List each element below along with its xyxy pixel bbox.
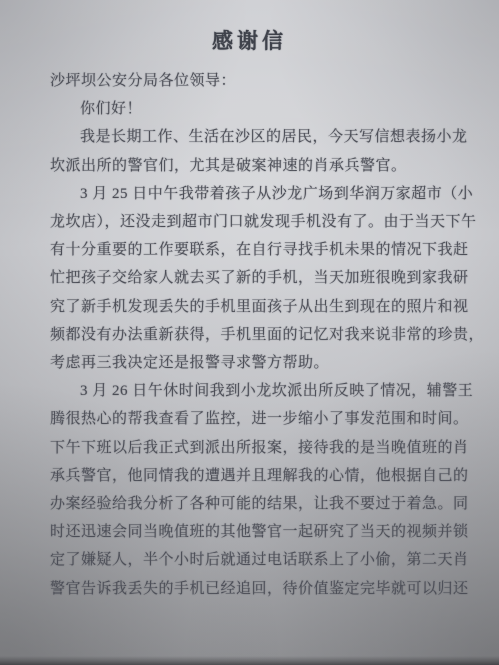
letter-line: 3 月 25 日中午我带着孩子从沙龙广场到华润万家超市（小: [50, 180, 469, 208]
letter-photo: 感谢信 沙坪坝公安分局各位领导：你们好！我是长期工作、生活在沙区的居民，今天写信…: [0, 0, 499, 665]
letter-line: 龙坎店），还没走到超市门口就发现手机没有了。由于当天下午: [50, 208, 469, 236]
letter-line: 究了新手机发现丢失的手机里面孩子从出生到现在的照片和视: [50, 293, 469, 321]
letter-line: 坎派出所的警官们，尤其是破案神速的肖承兵警官。: [50, 152, 469, 180]
letter-line: 3 月 26 日午休时间我到小龙坎派出所反映了情况，辅警王: [50, 377, 469, 405]
letter-line: 有十分重要的工作要联系，在自行寻找手机未果的情况下我赶: [50, 236, 469, 264]
letter-line: 频都没有办法重新获得，手机里面的记忆对我来说非常的珍贵，: [50, 321, 469, 349]
letter-line: 你们好！: [50, 95, 469, 123]
letter-line: 我是长期工作、生活在沙区的居民，今天写信想表扬小龙: [50, 123, 469, 151]
thank-you-letter-page: 感谢信 沙坪坝公安分局各位领导：你们好！我是长期工作、生活在沙区的居民，今天写信…: [0, 0, 499, 665]
letter-line: 考虑再三我决定还是报警寻求警方帮助。: [50, 349, 469, 377]
letter-body: 沙坪坝公安分局各位领导：你们好！我是长期工作、生活在沙区的居民，今天写信想表扬小…: [0, 67, 499, 603]
letter-line: 办案经验给我分析了各种可能的结果，让我不要过于着急。同: [50, 490, 469, 518]
letter-line: 警官告诉我丢失的手机已经追回，待价值鉴定完毕就可以归还: [50, 575, 469, 603]
letter-line: 承兵警官，他同情我的遭遇并且理解我的心情，他根据自己的: [50, 462, 469, 490]
letter-line: 定了嫌疑人，半个小时后就通过电话联系上了小偷，第二天肖: [50, 546, 469, 574]
letter-line: 腾很热心的帮我查看了监控，进一步缩小了事发范围和时间。: [50, 405, 469, 433]
letter-line: 忙把孩子交给家人就去买了新的手机，当天加班很晚到家我研: [50, 264, 469, 292]
letter-line: 沙坪坝公安分局各位领导：: [50, 67, 469, 95]
letter-line: 下午下班以后我正式到派出所报案，接待我的是当晚值班的肖: [50, 434, 469, 462]
letter-title: 感谢信: [0, 27, 499, 55]
letter-line: 时还迅速会同当晚值班的其他警官一起研究了当天的视频并锁: [50, 518, 469, 546]
